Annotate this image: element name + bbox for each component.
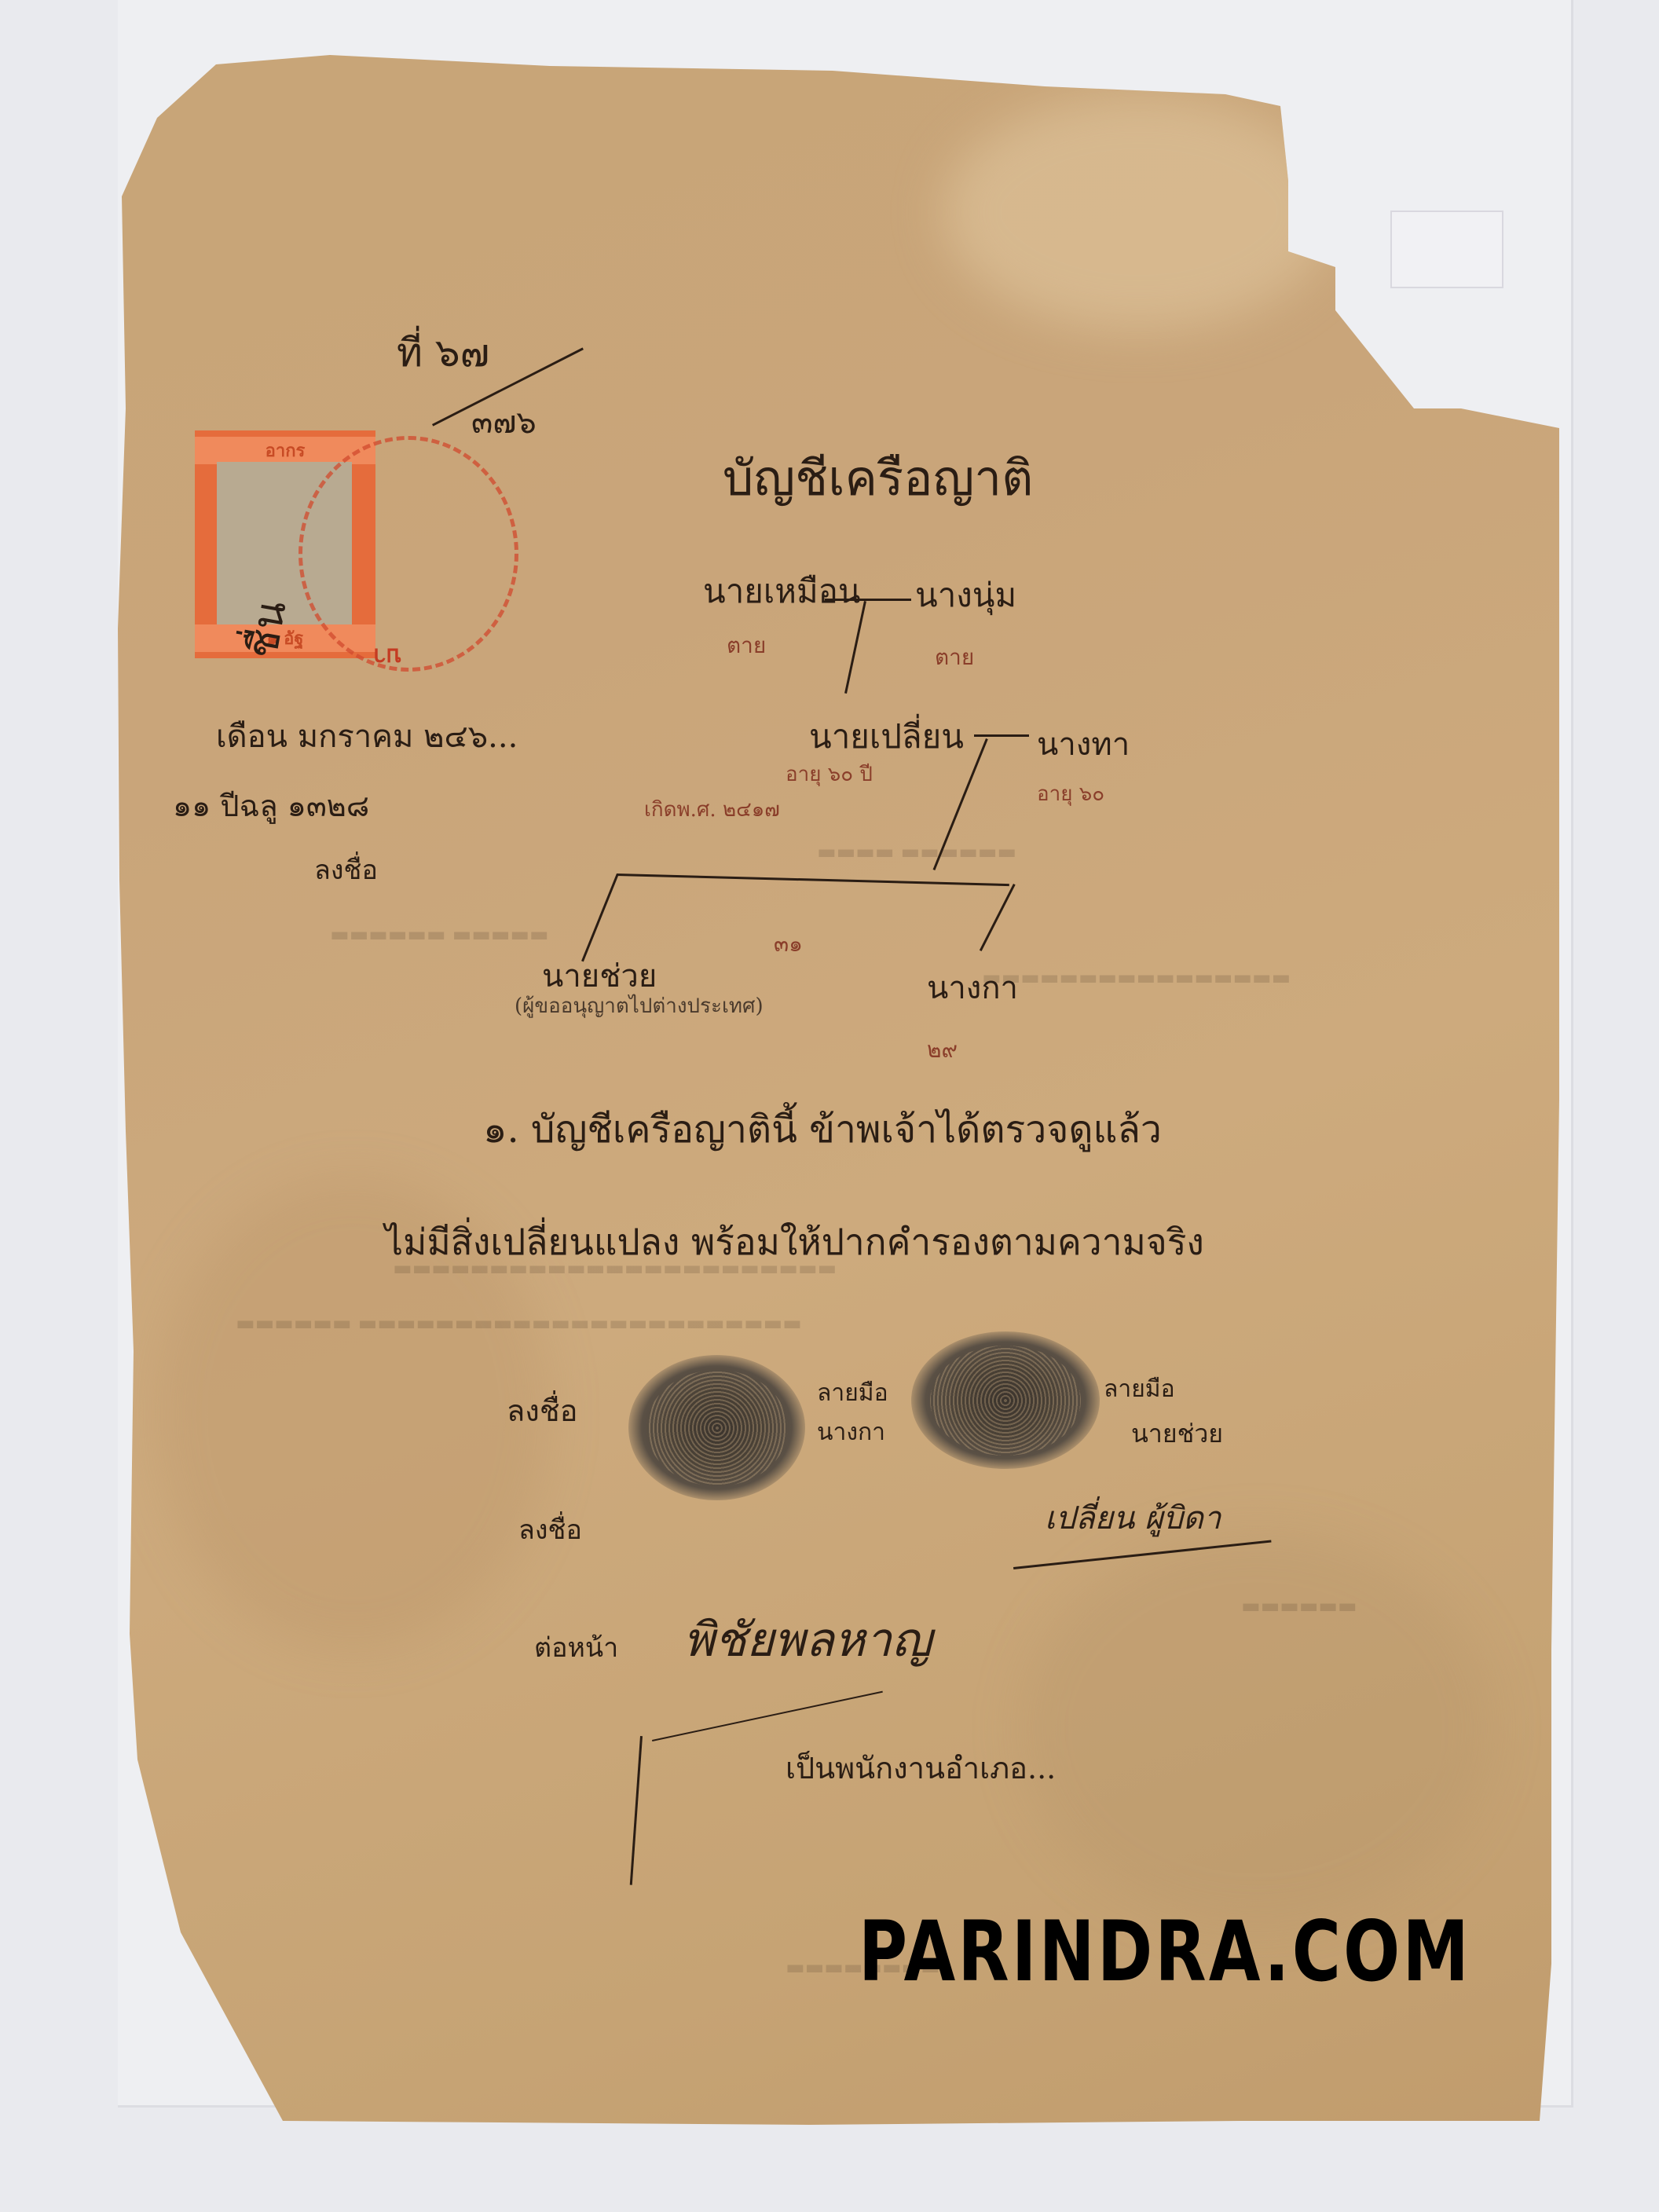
tree-person-granddaughter: นางกา: [927, 962, 1018, 1013]
site-watermark: PARINDRA.COM: [859, 1903, 1471, 2000]
tree-person-mother: นางนุ่ม: [915, 569, 1016, 621]
tree-connector: [825, 599, 911, 601]
tree-person-father-note: ตาย: [727, 628, 766, 663]
statement-line-1: ๑. บัญชีเครือญาตินี้ ข้าพเจ้าได้ตรวจดูแล…: [483, 1100, 1162, 1159]
tree-person-daughter-in-law: นางทา: [1037, 719, 1130, 769]
fingerprint-right: [911, 1331, 1100, 1469]
left-note-date: เดือน มกราคม ๒๔๖...: [216, 711, 518, 761]
witness-signature: พิชัยพลหาญ: [683, 1602, 932, 1677]
official-title: เป็นพนักงานอำเภอ...: [786, 1744, 1056, 1792]
bleed-through-text: ▬▬▬▬▬▬ ▬▬▬▬▬: [330, 923, 548, 947]
sign-label-2: ลงชื่อ: [518, 1508, 582, 1551]
tree-person-mother-note: ตาย: [935, 640, 974, 675]
tree-person-grandson-note: (ผู้ขออนุญาตไปต่างประเทศ): [515, 990, 764, 1022]
statement-line-2: ไม่มีสิ่งเปลี่ยนแปลง พร้อมให้ปากคำรองตาม…: [385, 1214, 1204, 1271]
tape-piece: [1390, 211, 1503, 288]
document-title: บัญชีเครือญาติ: [723, 440, 1033, 517]
signer-signature: เปลี่ยน ผู้บิดา: [1045, 1492, 1221, 1543]
stamp-signature: ชื่น: [228, 595, 304, 664]
sign-label-1: ลงชื่อ: [507, 1386, 577, 1434]
paper-stain: [1021, 1532, 1492, 1925]
bleed-through-text: ▬▬▬▬▬▬▬▬▬▬▬▬▬▬▬▬: [982, 966, 1291, 990]
tree-person-daughter-in-law-note: อายุ ๖๐: [1037, 778, 1104, 810]
tree-connector: [974, 734, 1029, 737]
tree-person-father: นายเหมือน: [703, 566, 861, 617]
tree-person-son: นายเปลี่ยน: [809, 711, 964, 763]
bleed-through-text: ▬▬▬▬ ▬▬▬▬▬▬: [817, 840, 1016, 864]
tree-person-granddaughter-age: ๒๙: [927, 1033, 958, 1068]
tree-person-son-note: อายุ ๖๐ ปี: [786, 758, 873, 790]
left-note-signature: ลงชื่อ: [314, 848, 378, 891]
thumb-label-1: ลายมือ: [817, 1375, 888, 1412]
tree-person-son-note2: เกิดพ.ศ. ๒๔๑๗: [644, 793, 780, 826]
reference-sub-number: ๓๗๖: [471, 397, 537, 447]
left-note-year: ๑๑ ปีฉลู ๑๓๒๘: [173, 782, 369, 829]
paper-stain: [943, 94, 1335, 330]
witness-label: ต่อหน้า: [534, 1626, 618, 1668]
official-seal: [298, 436, 518, 672]
seal-text: บา: [373, 638, 401, 675]
thumb-name-2: นายช่วย: [1131, 1414, 1223, 1454]
reference-number: ที่ ๖๗: [397, 322, 489, 384]
tree-person-grandson-age: ๓๑: [774, 927, 803, 961]
bleed-through-text: ▬▬▬▬▬▬: [1241, 1595, 1357, 1618]
fingerprint-left: [628, 1355, 805, 1500]
bleed-through-text: ▬▬▬▬▬▬ ▬▬▬▬▬▬▬▬▬▬▬▬▬▬▬▬▬▬▬▬▬▬▬: [236, 1312, 802, 1335]
thumb-name-1: นางกา: [817, 1414, 885, 1451]
thumb-label-2: ลายมือ: [1104, 1371, 1175, 1408]
